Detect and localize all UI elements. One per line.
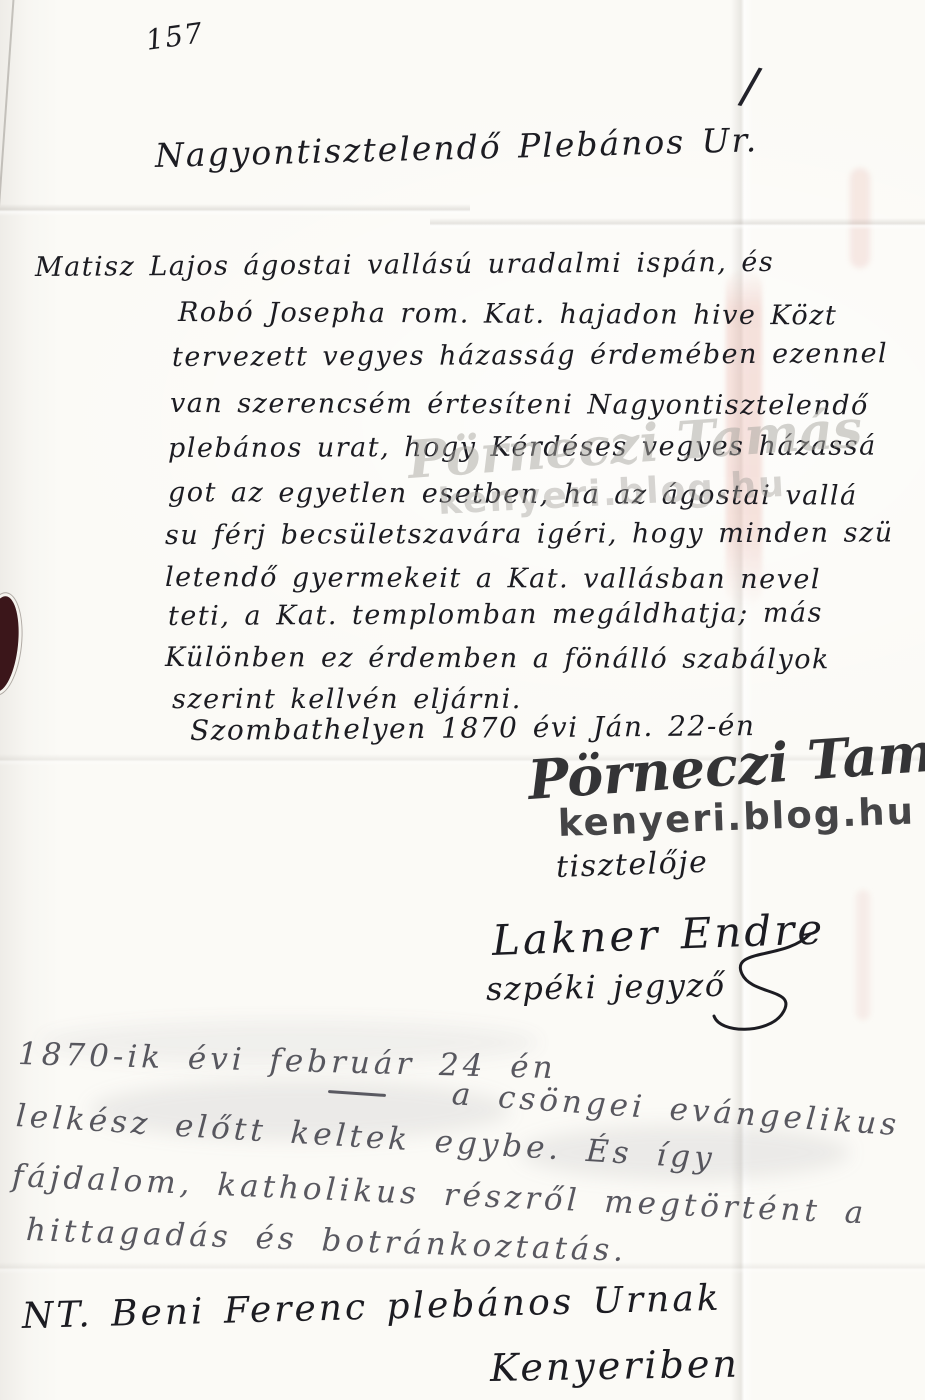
crease xyxy=(0,204,470,216)
body-line: teti, a Kat. templomban megáldhatja; más xyxy=(168,598,823,632)
crease xyxy=(430,218,925,230)
body-line: Matisz Lajos ágostai vallású uradalmi is… xyxy=(35,247,774,283)
fold-pink-tint xyxy=(856,890,870,1020)
address-line: NT. Beni Ferenc plebános Urnak xyxy=(21,1278,722,1337)
body-line: Robó Josepha rom. Kat. hajadon hive Közt xyxy=(178,297,837,331)
signature-flourish xyxy=(690,930,820,1040)
letter-scan: 157 / Nagyontisztelendő Plebános Ur. Mat… xyxy=(0,0,925,1400)
scan-edge xyxy=(0,0,15,281)
annotation-line: hittagadás és botránkoztatás. xyxy=(25,1212,627,1269)
crease xyxy=(0,1262,925,1274)
body-line: Különben ez érdemben a fönálló szabályok xyxy=(165,642,830,675)
salutation-line: Nagyontisztelendő Plebános Ur. xyxy=(154,120,758,175)
body-line: tervezett vegyes házasság érdemében ezen… xyxy=(172,338,888,373)
closing-line: tisztelője xyxy=(555,845,709,885)
page-number: 157 xyxy=(144,16,206,57)
body-line: su férj becsületszavára igéri, hogy mind… xyxy=(165,517,894,551)
body-line: letendő gyermekeit a Kat. vallásban neve… xyxy=(165,562,821,595)
address-place: Kenyeriben xyxy=(490,1342,741,1390)
seal-mark xyxy=(0,594,23,693)
body-line: szerint kellvén eljárni. xyxy=(172,684,522,715)
